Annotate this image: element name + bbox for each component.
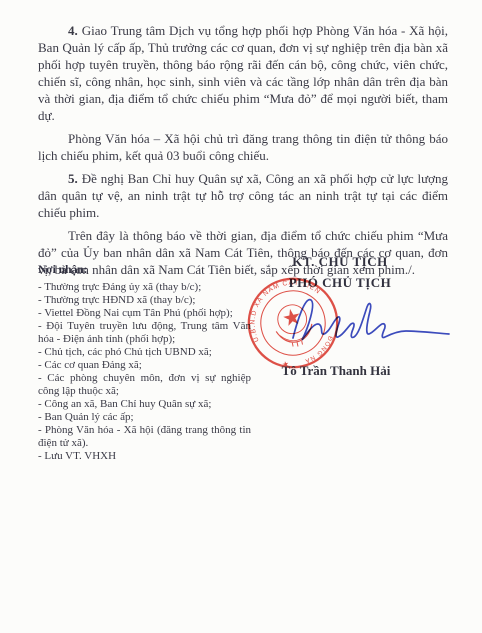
paragraph-number: 4.: [68, 23, 78, 38]
paragraph-4: 4.Giao Trung tâm Dịch vụ tổng hợp phối h…: [38, 22, 448, 124]
paragraph-text: Phòng Văn hóa – Xã hội chủ trì đăng tran…: [38, 131, 448, 163]
paragraph-text: Đề nghị Ban Chỉ huy Quân sự xã, Công an …: [38, 171, 448, 220]
recipients-block: Nơi nhận: - Thường trực Đảng ủy xã (thay…: [38, 264, 251, 463]
recipient-item: - Công an xã, Ban Chỉ huy Quân sự xã;: [38, 398, 251, 411]
recipient-item: - Ban Quản lý các ấp;: [38, 411, 251, 424]
handwritten-signature: [287, 288, 457, 350]
document-page: 4.Giao Trung tâm Dịch vụ tổng hợp phối h…: [0, 0, 482, 633]
signer-name: Tô Trần Thanh Hải: [240, 363, 432, 379]
paragraph-phong-van-hoa: Phòng Văn hóa – Xã hội chủ trì đăng tran…: [38, 130, 448, 164]
recipient-item: - Viettel Đồng Nai cụm Tân Phú (phối hợp…: [38, 307, 251, 320]
recipient-item: - Phòng Văn hóa - Xã hội (đăng trang thô…: [38, 424, 251, 450]
signature-kt-title: KT. CHỦ TỊCH: [238, 254, 442, 270]
recipients-title: Nơi nhận:: [38, 264, 251, 277]
paragraph-text: Giao Trung tâm Dịch vụ tổng hợp phối hợp…: [38, 23, 448, 123]
recipient-item: - Lưu VT. VHXH: [38, 450, 251, 463]
recipient-item: - Các cơ quan Đảng xã;: [38, 359, 251, 372]
recipient-item: - Thường trực HĐND xã (thay b/c);: [38, 294, 251, 307]
paragraph-5: 5.Đề nghị Ban Chỉ huy Quân sự xã, Công a…: [38, 170, 448, 221]
recipient-item: - Thường trực Đảng ủy xã (thay b/c);: [38, 281, 251, 294]
recipient-item: - Đội Tuyên truyền lưu động, Trung tâm V…: [38, 320, 251, 346]
recipient-item: - Các phòng chuyên môn, đơn vị sự nghiệp…: [38, 372, 251, 398]
document-body: 4.Giao Trung tâm Dịch vụ tổng hợp phối h…: [38, 22, 448, 284]
recipient-item: - Chủ tịch, các phó Chủ tịch UBND xã;: [38, 346, 251, 359]
paragraph-number: 5.: [68, 171, 78, 186]
